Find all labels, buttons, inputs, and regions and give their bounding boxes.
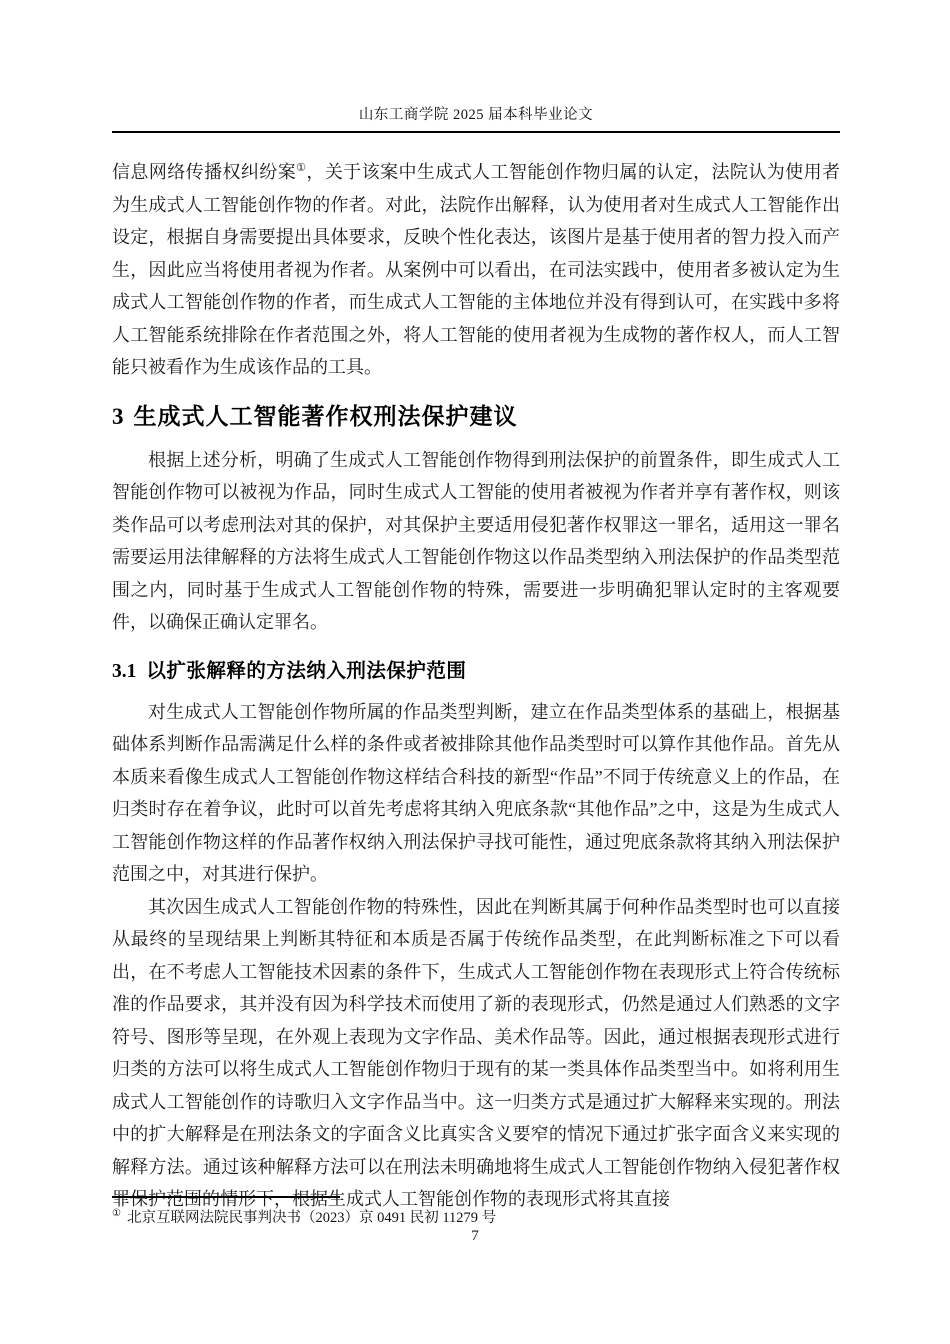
footnote-entry: ①北京互联网法院民事判决书（2023）京 0491 民初 11279 号 [112, 1204, 852, 1228]
footnote-reference-mark: ① [296, 162, 306, 174]
section-heading-3-1-title: 以扩张解释的方法纳入刑法保护范围 [146, 660, 466, 682]
section-heading-3: 3生成式人工智能著作权刑法保护建议 [112, 398, 840, 431]
page-content: 山东工商学院 2025 届本科毕业论文 信息网络传播权纠纷案①，关于该案中生成式… [112, 0, 840, 1216]
section-heading-3-number: 3 [112, 404, 124, 429]
footnote-marker: ① [112, 1208, 121, 1219]
section-heading-3-1-number: 3.1 [112, 661, 136, 682]
paragraph-1-text-before-footnote-ref: 信息网络传播权纠纷案 [112, 162, 296, 182]
section-heading-3-title: 生成式人工智能著作权刑法保护建议 [134, 403, 518, 429]
section-heading-3-1: 3.1以扩张解释的方法纳入刑法保护范围 [112, 655, 840, 683]
page-number: 7 [0, 1228, 950, 1245]
footnote-area: ①北京互联网法院民事判决书（2023）京 0491 民初 11279 号 [112, 1196, 852, 1228]
footnote-separator-rule [112, 1196, 340, 1198]
body-paragraph-4: 其次因生成式人工智能创作物的特殊性，因此在判断其属于何种作品类型时也可以直接从最… [112, 891, 840, 1216]
body-paragraph-1: 信息网络传播权纠纷案①，关于该案中生成式人工智能创作物归属的认定，法院认为使用者… [112, 156, 840, 384]
running-header: 山东工商学院 2025 届本科毕业论文 [112, 0, 840, 133]
paragraph-1-text-after-footnote-ref: ，关于该案中生成式人工智能创作物归属的认定，法院认为使用者为生成式人工智能创作物… [112, 162, 840, 377]
body-paragraph-3: 对生成式人工智能创作物所属的作品类型判断，建立在作品类型体系的基础上，根据基础体… [112, 696, 840, 891]
body-paragraph-2: 根据上述分析，明确了生成式人工智能创作物得到刑法保护的前置条件，即生成式人工智能… [112, 444, 840, 639]
footnote-citation-text: 北京互联网法院民事判决书（2023）京 0491 民初 11279 号 [127, 1210, 496, 1226]
